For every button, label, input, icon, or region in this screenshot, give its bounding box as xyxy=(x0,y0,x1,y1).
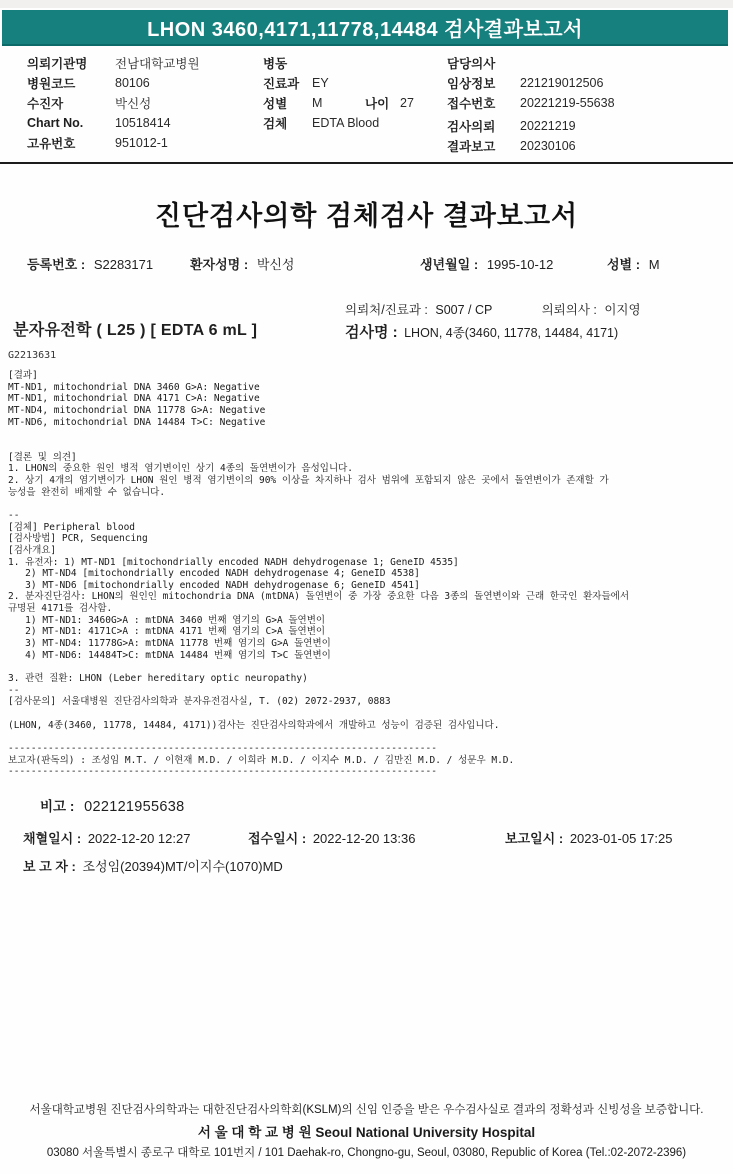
field-test-request-date: 검사의뢰 20221219 xyxy=(447,116,732,136)
field-department: 진료과 EY xyxy=(263,73,448,93)
header-left-column: 의뢰기관명 전남대학교병원 병원코드 80106 수진자 박신성 Chart N… xyxy=(27,53,262,153)
field-value: 20221219 xyxy=(520,119,576,133)
referral-dept-value: S007 / CP xyxy=(435,303,492,317)
reporter-row: 보 고 자 : 조성임(20394)MT/이지수(1070)MD xyxy=(23,856,283,875)
lab-report-page: LHON 3460,4171,11778,14484 검사결과보고서 의뢰기관명… xyxy=(0,0,733,1174)
field-label: 의뢰기관명 xyxy=(27,54,115,72)
referring-doctor: 의뢰의사 : 이지영 xyxy=(542,303,641,317)
referral-line: 의뢰처/진료과 : S007 / CP 의뢰의사 : 이지영 xyxy=(345,300,641,318)
field-age-label: 나이 xyxy=(365,94,389,112)
reporter-value: 조성임(20394)MT/이지수(1070)MD xyxy=(82,859,282,874)
dates-row: 채혈일시 : 2022-12-20 12:27 접수일시 : 2022-12-2… xyxy=(0,828,733,844)
field-value: 전남대학교병원 xyxy=(115,54,200,72)
footer-hospital-name: 서 울 대 학 교 병 원 Seoul National University … xyxy=(0,1121,733,1141)
field-label: 검체 xyxy=(263,114,312,132)
field-label: 등록번호 : xyxy=(27,257,85,272)
field-label: 임상정보 xyxy=(447,74,520,92)
field-value: 20221219-55638 xyxy=(520,96,615,110)
field-registration-no: 등록번호 : S2283171 xyxy=(27,254,153,273)
field-requesting-institution: 의뢰기관명 전남대학교병원 xyxy=(27,53,262,73)
field-label: 채혈일시 : xyxy=(23,831,81,846)
field-label: 결과보고 xyxy=(447,137,520,155)
field-value: S2283171 xyxy=(94,257,153,272)
collection-datetime: 채혈일시 : 2022-12-20 12:27 xyxy=(23,828,190,847)
footer-accreditation: 서울대학교병원 진단검사의학과는 대한진단검사의학회(KSLM)의 신임 인증을… xyxy=(0,1101,733,1117)
memo-value: 022121955638 xyxy=(84,799,184,815)
field-label: Chart No. xyxy=(27,116,115,130)
field-birthdate: 생년월일 : 1995-10-12 xyxy=(420,254,553,273)
field-label: 환자성명 : xyxy=(190,257,248,272)
field-specimen: 검체 EDTA Blood xyxy=(263,113,448,133)
field-patient-fullname: 환자성명 : 박신성 xyxy=(190,254,295,273)
field-label: 병원코드 xyxy=(27,74,115,92)
field-patient-name: 수진자 박신성 xyxy=(27,93,262,113)
field-sex: 성별 : M xyxy=(607,254,660,273)
field-value: 박신성 xyxy=(115,94,151,112)
field-label: 검사의뢰 xyxy=(447,117,520,135)
header-right-column: 담당의사 임상정보 221219012506 접수번호 20221219-556… xyxy=(447,53,732,156)
field-label: 병동 xyxy=(263,54,312,72)
field-label: 고유번호 xyxy=(27,134,115,152)
field-value: 2022-12-20 12:27 xyxy=(88,831,191,846)
field-hospital-code: 병원코드 80106 xyxy=(27,73,262,93)
field-label: 보고일시 : xyxy=(505,831,563,846)
section-heading-molecular-genetics: 분자유전학 ( L25 ) [ EDTA 6 mL ] xyxy=(13,317,257,340)
field-value: 80106 xyxy=(115,76,150,90)
memo-row: 비고 : 022121955638 xyxy=(40,795,184,815)
field-value: M xyxy=(649,257,660,272)
field-ward: 병동 xyxy=(263,53,448,73)
field-label: 생년월일 : xyxy=(420,257,478,272)
report-title: LHON 3460,4171,11778,14484 검사결과보고서 xyxy=(147,13,583,42)
reporter-label: 보 고 자 : xyxy=(23,859,76,874)
field-label: 담당의사 xyxy=(447,54,520,72)
field-value: 951012-1 xyxy=(115,136,168,150)
field-value: 10518414 xyxy=(115,116,171,130)
test-name-label: 검사명 : xyxy=(345,324,398,341)
field-label: 수진자 xyxy=(27,94,115,112)
report-body-text: [결과] MT-ND1, mitochondrial DNA 3460 G>A:… xyxy=(8,370,733,778)
field-clinical-info: 임상정보 221219012506 xyxy=(447,73,732,93)
document-title: 진단검사의학 검체검사 결과보고서 xyxy=(0,194,733,233)
field-attending-doctor: 담당의사 xyxy=(447,53,732,73)
report-title-bar: LHON 3460,4171,11778,14484 검사결과보고서 xyxy=(2,10,728,46)
field-label: 접수번호 xyxy=(447,94,520,112)
field-value: EDTA Blood xyxy=(312,116,379,130)
field-value: EY xyxy=(312,76,329,90)
referral-doctor-label: 의뢰의사 : xyxy=(542,303,597,317)
field-age-value: 27 xyxy=(400,96,414,110)
field-value: 221219012506 xyxy=(520,76,603,90)
field-result-report-date: 결과보고 20230106 xyxy=(447,136,732,156)
header-middle-column: 병동 진료과 EY 성별 M 나이 27 검체 EDTA Blood xyxy=(263,53,448,133)
accession-number: G2213631 xyxy=(8,350,56,361)
field-label: 진료과 xyxy=(263,74,312,92)
field-value: 20230106 xyxy=(520,139,576,153)
test-name-value: LHON, 4종(3460, 11778, 14484, 4171) xyxy=(404,326,618,340)
referral-dept-label: 의뢰처/진료과 : xyxy=(345,303,428,317)
field-label: 접수일시 : xyxy=(248,831,306,846)
field-value: 2023-01-05 17:25 xyxy=(570,831,673,846)
patient-identification-row: 등록번호 : S2283171 환자성명 : 박신성 생년월일 : 1995-1… xyxy=(0,254,733,272)
field-receipt-no: 접수번호 20221219-55638 xyxy=(447,93,732,113)
receipt-datetime: 접수일시 : 2022-12-20 13:36 xyxy=(248,828,415,847)
field-unique-no: 고유번호 951012-1 xyxy=(27,133,262,153)
memo-label: 비고 : xyxy=(40,799,74,814)
header-divider xyxy=(0,162,733,164)
test-name-line: 검사명 : LHON, 4종(3460, 11778, 14484, 4171) xyxy=(345,321,618,342)
report-datetime: 보고일시 : 2023-01-05 17:25 xyxy=(505,828,672,847)
field-label: 성별 xyxy=(263,94,312,112)
field-sex-age: 성별 M 나이 27 xyxy=(263,93,448,113)
field-chart-no: Chart No. 10518414 xyxy=(27,113,262,133)
field-value: 2022-12-20 13:36 xyxy=(313,831,416,846)
footer-address: 03080 서울특별시 종로구 대학로 101번지 / 101 Daehak-r… xyxy=(0,1144,733,1160)
referral-doctor-value: 이지영 xyxy=(604,303,640,317)
field-label: 성별 : xyxy=(607,257,640,272)
field-value: 박신성 xyxy=(257,257,295,272)
scan-top-edge xyxy=(0,0,733,8)
field-value: 1995-10-12 xyxy=(487,257,554,272)
field-value: M xyxy=(312,96,322,110)
